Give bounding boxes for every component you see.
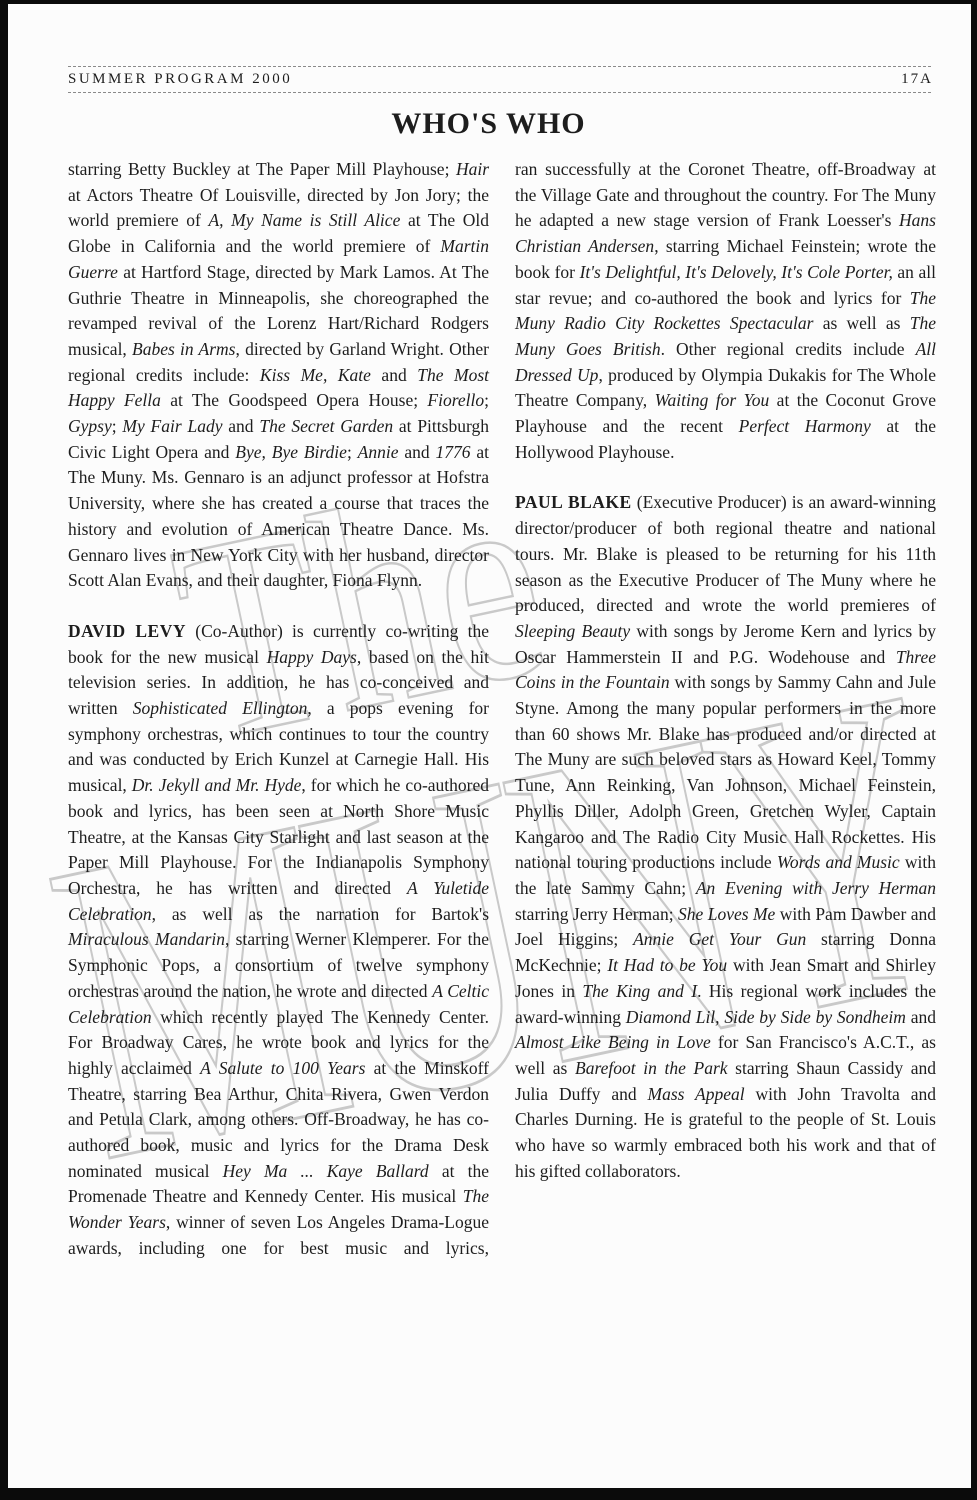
program-name: SUMMER PROGRAM 2000: [68, 71, 292, 88]
header-row: SUMMER PROGRAM 2000 17A: [68, 67, 933, 92]
bio-gennaro-continued: starring Betty Buckley at The Paper Mill…: [68, 157, 489, 594]
scan-edge-right: [971, 0, 977, 1500]
bio-david-levy-continued: ran successfully at the Coronet Theatre,…: [515, 157, 936, 465]
program-page: The MUNY SUMMER PROGRAM 2000 17A WHO'S W…: [0, 0, 977, 1500]
left-column: starring Betty Buckley at The Paper Mill…: [68, 157, 489, 1262]
header-rule-bottom: [68, 92, 933, 93]
page-header: SUMMER PROGRAM 2000 17A: [68, 66, 933, 93]
scan-edge-bottom: [0, 1488, 977, 1500]
scan-edge-left: [0, 0, 8, 1500]
bio-david-levy: DAVID LEVY (Co-Author) is currently co-w…: [68, 619, 489, 1262]
bio-paul-blake: PAUL BLAKE (Executive Producer) is an aw…: [515, 490, 936, 1184]
page-title: WHO'S WHO: [0, 107, 977, 141]
right-column: ran successfully at the Coronet Theatre,…: [515, 157, 936, 1262]
page-number: 17A: [901, 71, 933, 88]
scan-edge-top: [0, 0, 977, 4]
text-columns: starring Betty Buckley at The Paper Mill…: [68, 157, 936, 1262]
